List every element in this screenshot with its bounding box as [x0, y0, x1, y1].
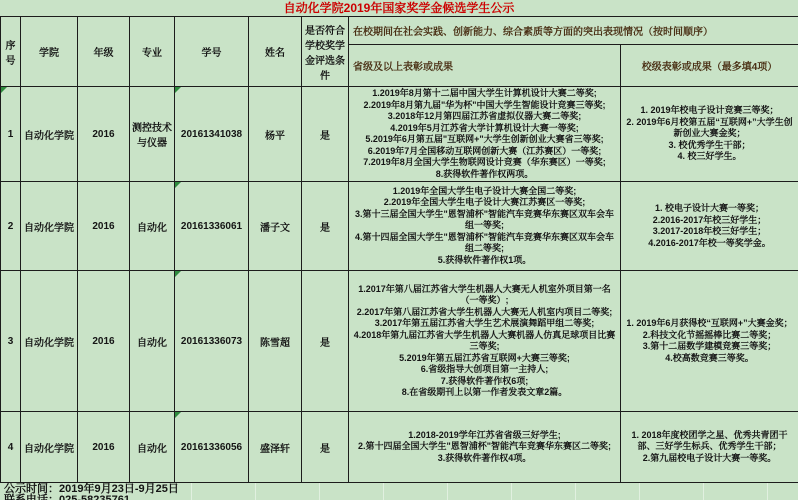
name-value: 盛泽轩 [260, 444, 290, 455]
col-header-performance: 在校期间在社会实践、创新能力、综合素质等方面的突出表现情况（按时间顺序） [349, 17, 798, 45]
grade-value: 2016 [92, 442, 114, 453]
major-cell: 自动化 [130, 271, 175, 412]
college-value: 自动化学院 [24, 131, 74, 142]
scholarship-candidates-table: 序号 学院 年级 专业 学号 姓名 是否符合学校奖学金评选条件 在校期间在社会实… [0, 16, 798, 483]
eligible-cell: 是 [302, 87, 349, 182]
major-value: 自动化 [137, 338, 167, 349]
header-row-1: 序号 学院 年级 专业 学号 姓名 是否符合学校奖学金评选条件 在校期间在社会实… [1, 17, 798, 45]
college-value: 自动化学院 [24, 223, 74, 234]
seq-cell: 1 [1, 87, 21, 182]
provincial-awards-cell: 1.2019年全国大学生电子设计大赛全国二等奖; 2.2019年全国大学生电子设… [349, 182, 621, 271]
seq-value: 1 [8, 129, 14, 140]
college-value: 自动化学院 [24, 444, 74, 455]
eligible-cell: 是 [302, 412, 349, 483]
school-awards-cell: 1. 2019年6月获得校“互联网+”大赛金奖； 2.科技文化节摇摇棒比赛二等奖… [621, 271, 798, 412]
name-cell: 潘子文 [249, 182, 302, 271]
cell-corner-flag-icon [1, 87, 7, 93]
page-title: 自动化学院2019年国家奖学金候选学生公示 [0, 0, 798, 16]
table-row-1: 1 自动化学院 2016 测控技术与仪器 20161341038 杨平 是 1.… [1, 87, 798, 182]
grade-cell: 2016 [78, 87, 130, 182]
school-awards-cell: 1. 2019年校电子设计竞赛三等奖； 2. 2019年6月校第五届“互联网+”… [621, 87, 798, 182]
student-id-value: 20161336073 [181, 336, 242, 347]
seq-value: 2 [8, 221, 14, 232]
table-row-2: 2 自动化学院 2016 自动化 20161336061 潘子文 是 1.201… [1, 182, 798, 271]
contact-phone: 联系电话：025-58235761 [4, 495, 798, 500]
college-value: 自动化学院 [24, 338, 74, 349]
seq-cell: 4 [1, 412, 21, 483]
col-header-major: 专业 [130, 17, 175, 87]
major-cell: 自动化 [130, 412, 175, 483]
provincial-awards-cell: 1.2019年8月第十二届中国大学生计算机设计大赛二等奖; 2.2019年8月第… [349, 87, 621, 182]
eligible-value: 是 [320, 444, 330, 455]
student-id-cell: 20161336061 [175, 182, 249, 271]
name-cell: 陈雪超 [249, 271, 302, 412]
major-value: 测控技术与仪器 [132, 123, 172, 149]
school-awards-cell: 1. 2018年度校团学之星、优秀共青团干部、三好学生标兵、优秀学生干部； 2.… [621, 412, 798, 483]
seq-value: 3 [8, 336, 14, 347]
col-header-seq: 序号 [1, 17, 21, 87]
major-value: 自动化 [137, 223, 167, 234]
seq-cell: 3 [1, 271, 21, 412]
grade-cell: 2016 [78, 182, 130, 271]
name-cell: 盛泽轩 [249, 412, 302, 483]
col-header-school-awards: 校级表彰或成果（最多填4项） [621, 45, 798, 87]
student-id-cell: 20161336073 [175, 271, 249, 412]
seq-cell: 2 [1, 182, 21, 271]
eligible-value: 是 [320, 131, 330, 142]
student-id-value: 20161336056 [181, 442, 242, 453]
grade-cell: 2016 [78, 271, 130, 412]
major-cell: 测控技术与仪器 [130, 87, 175, 182]
eligible-cell: 是 [302, 182, 349, 271]
student-id-value: 20161336061 [181, 221, 242, 232]
student-id-value: 20161341038 [181, 129, 242, 140]
cell-corner-flag-icon [175, 182, 181, 188]
col-header-college: 学院 [21, 17, 78, 87]
college-cell: 自动化学院 [21, 271, 78, 412]
col-header-eligible: 是否符合学校奖学金评选条件 [302, 17, 349, 87]
table-row-4: 4 自动化学院 2016 自动化 20161336056 盛泽轩 是 1.201… [1, 412, 798, 483]
major-cell: 自动化 [130, 182, 175, 271]
major-value: 自动化 [137, 444, 167, 455]
school-awards-cell: 1. 校电子设计大赛一等奖； 2.2016-2017年校三好学生； 3.2017… [621, 182, 798, 271]
col-header-provincial-awards: 省级及以上表彰或成果 [349, 45, 621, 87]
cell-corner-flag-icon [175, 271, 181, 277]
col-header-grade: 年级 [78, 17, 130, 87]
name-value: 杨平 [265, 131, 285, 142]
eligible-value: 是 [320, 338, 330, 349]
provincial-awards-cell: 1.2017年第八届江苏省大学生机器人大赛无人机室外项目第一名（一等奖）; 2.… [349, 271, 621, 412]
col-header-student-id: 学号 [175, 17, 249, 87]
table-row-3: 3 自动化学院 2016 自动化 20161336073 陈雪超 是 1.201… [1, 271, 798, 412]
student-id-cell: 20161336056 [175, 412, 249, 483]
footer: 公示时间：2019年9月23日-9月25日 联系电话：025-58235761 [0, 483, 798, 500]
student-id-cell: 20161341038 [175, 87, 249, 182]
eligible-cell: 是 [302, 271, 349, 412]
grade-value: 2016 [92, 221, 114, 232]
cell-corner-flag-icon [175, 412, 181, 418]
name-value: 陈雪超 [260, 338, 290, 349]
provincial-awards-cell: 1.2018-2019学年江苏省省级三好学生; 2.第十四届全国大学生"恩智浦杯… [349, 412, 621, 483]
college-cell: 自动化学院 [21, 412, 78, 483]
grade-value: 2016 [92, 336, 114, 347]
grade-cell: 2016 [78, 412, 130, 483]
cell-corner-flag-icon [175, 87, 181, 93]
col-header-name: 姓名 [249, 17, 302, 87]
name-value: 潘子文 [260, 223, 290, 234]
grade-value: 2016 [92, 129, 114, 140]
name-cell: 杨平 [249, 87, 302, 182]
college-cell: 自动化学院 [21, 182, 78, 271]
college-cell: 自动化学院 [21, 87, 78, 182]
seq-value: 4 [8, 442, 14, 453]
eligible-value: 是 [320, 223, 330, 234]
